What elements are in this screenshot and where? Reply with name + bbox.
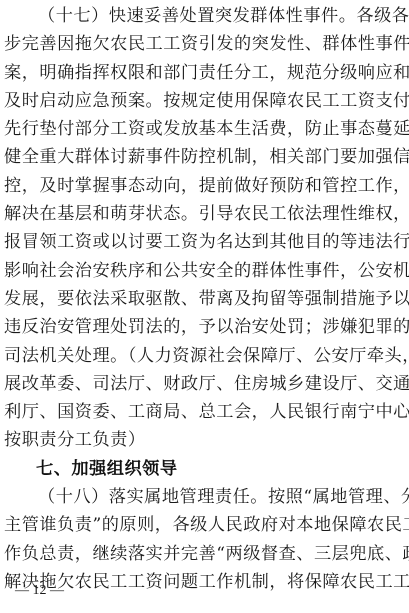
paragraph-17-line-8: 解决在基层和萌芽状态。引导农民工依法理性维权，严厉打击虚	[0, 200, 409, 228]
paragraph-17-line-2: 步完善因拖欠农民工工资引发的突发性、群体性事件应急处置预	[0, 30, 409, 58]
paragraph-17-line-6: 健全重大群体讨薪事件防控机制，相关部门要加强信息的监测监	[0, 143, 409, 171]
paragraph-17-line-3: 案，明确指挥权限和部门责任分工，规范分级响应和处置流程，	[0, 59, 409, 87]
paragraph-17-line-5: 先行垫付部分工资或发放基本生活费，防止事态蔓延扩大。建立	[0, 115, 409, 143]
page-number: — 12 —	[15, 583, 64, 599]
paragraph-17-line-4: 及时启动应急预案。按规定使用保障农民工工资支付应急周转金	[0, 87, 409, 115]
paragraph-18-line-3: 作负总责，继续落实并完善“两级督查、三层兜底、政府负责”的	[0, 540, 409, 568]
paragraph-17-line-12: 违反治安管理处罚法的，予以治安处罚；涉嫌犯罪的，依法移送	[0, 313, 409, 341]
paragraph-17-line-7: 控，及时掌握事态动向，提前做好预防和管控工作，力争把问题	[0, 172, 409, 200]
paragraph-17-line-9: 报冒领工资或以讨要工资为名达到其他目的等违法行为。对严重	[0, 228, 409, 256]
paragraph-18-line-2: 主管谁负责”的原则，各级人民政府对本地保障农民工工资支付工	[0, 511, 409, 539]
section-heading: 七、加强组织领导	[0, 455, 409, 483]
paragraph-17-line-13: 司法机关处理。（人力资源社会保障厅、公安厅牵头，自治区发	[0, 342, 409, 370]
paragraph-17-line-16: 按职责分工负责）	[0, 426, 409, 454]
paragraph-17-line-15: 利厅、国资委、工商局、总工会，人民银行南宁中心支行等部门	[0, 398, 409, 426]
document-page: （十七）快速妥善处置突发群体性事件。各级各部门要进一 步完善因拖欠农民工工资引发…	[0, 2, 409, 596]
paragraph-17-line-11: 发展，要依法采取驱散、带离及拘留等强制措施予以妥善处置。	[0, 285, 409, 313]
paragraph-17-line-14: 展改革委、司法厅、财政厅、住房城乡建设厅、交通运输厅、水	[0, 370, 409, 398]
paragraph-17-line-10: 影响社会治安秩序和公共安全的群体性事件，公安机关根据事态	[0, 257, 409, 285]
paragraph-18-line-1: （十八）落实属地管理责任。按照“属地管理、分级负责、谁	[0, 483, 409, 511]
paragraph-17-line-1: （十七）快速妥善处置突发群体性事件。各级各部门要进一	[0, 2, 409, 30]
